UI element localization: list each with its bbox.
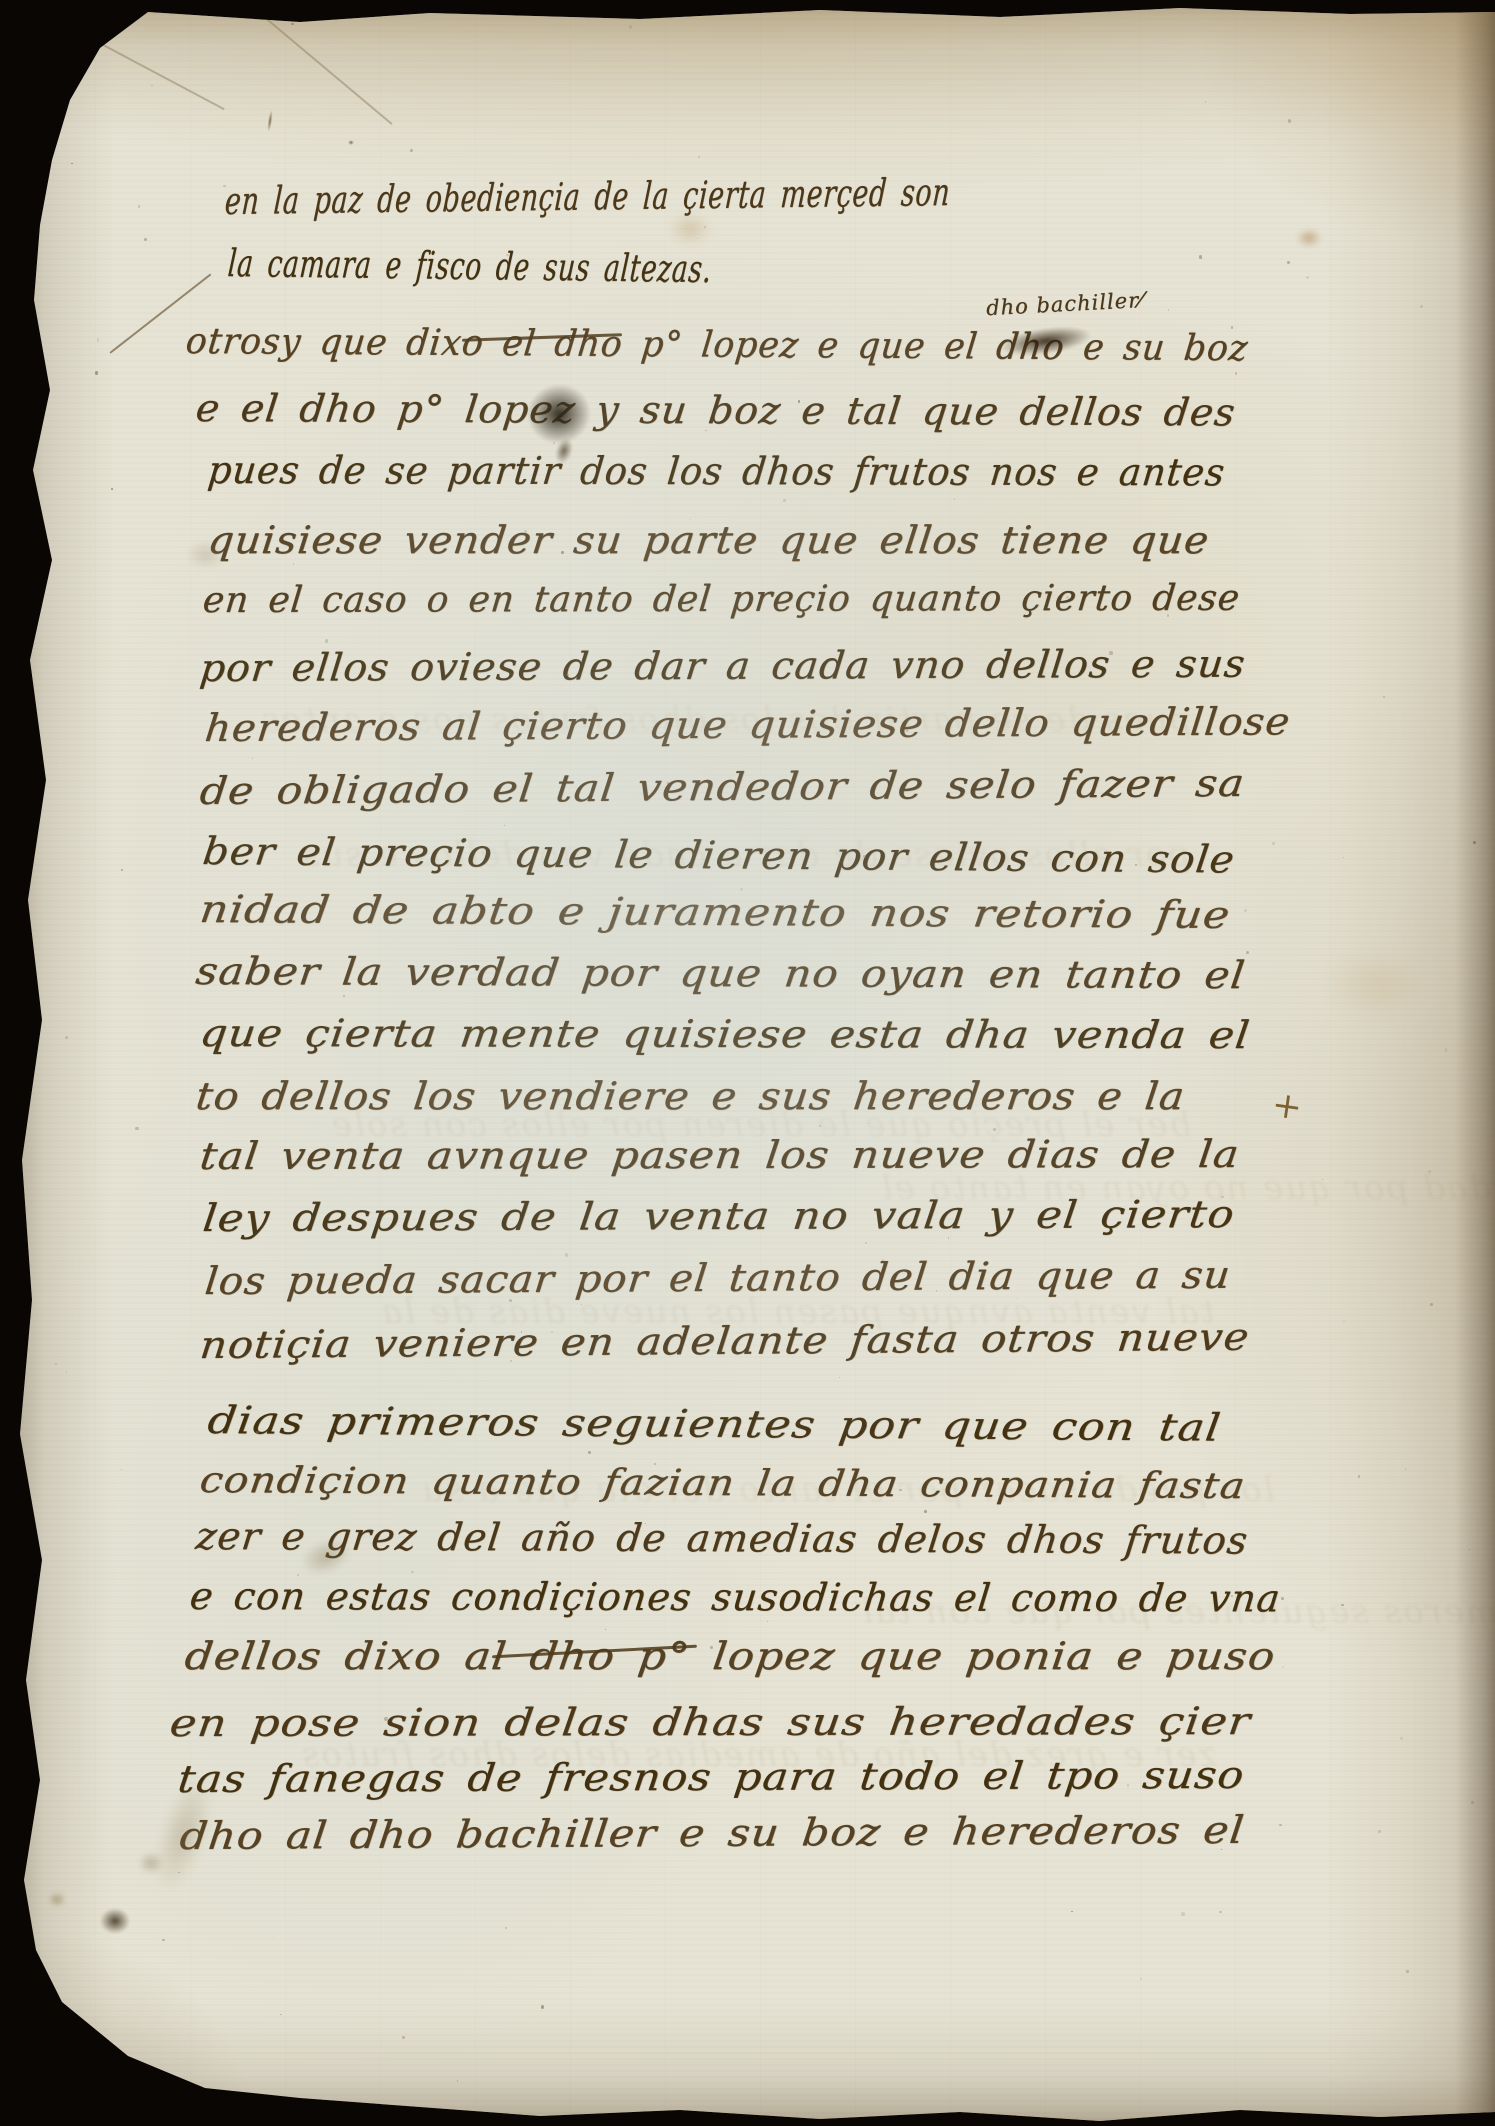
manuscript-line-12: nidad de abto e juramento nos retorio fu… [197,889,1233,937]
manuscript-line-4: e el dho p° lopez y su boz e tal que del… [194,388,1238,434]
speck [71,163,73,165]
speck [97,338,100,341]
speck [629,25,632,28]
page-edge-shading [0,0,1495,2126]
speck [162,1939,165,1942]
left-edge-spot [48,1892,66,1907]
speck [1430,401,1431,402]
manuscript-line-24: dellos dixo al dho p° lopez que ponia e … [182,1636,1277,1678]
manuscript-line-15: to dellos los vendiere e sus herederos e… [194,1076,1188,1118]
speck [767,1621,768,1622]
speck [121,1469,122,1471]
manuscript-line-21: condiçion quanto fazian la dha conpania … [198,1461,1248,1507]
speck [111,488,113,490]
speck [1244,909,1247,911]
speck [1071,1911,1072,1912]
speck [1287,261,1290,264]
speck [1168,309,1170,311]
speck [1445,1048,1448,1051]
speck [1219,1911,1222,1913]
manuscript-line-27: dho al dho bachiller e su boz e heredero… [178,1810,1247,1858]
bottom-left-ink-spot [100,1908,130,1934]
speck [1282,1666,1284,1669]
speck [1281,1597,1284,1599]
speck [1400,1737,1403,1739]
speck [954,498,956,500]
manuscript-line-17: ley despues de la venta no vala y el çie… [201,1194,1237,1240]
speck [1341,1604,1344,1607]
speck [410,149,413,152]
speck [252,758,253,759]
speck [457,2080,459,2082]
speck [135,1127,138,1129]
scan-backdrop: { "page": { "backdrop_color": "#090603",… [0,0,1495,2126]
speck [581,1304,582,1305]
speck [504,825,505,826]
speck [1306,276,1309,279]
speck [291,23,294,25]
speck [819,1125,821,1126]
manuscript-line-25: en pose sion delas dhas sus heredades çi… [167,1701,1253,1745]
speck [1471,1801,1474,1804]
speck [280,2014,282,2016]
speck [704,226,706,229]
speck [1205,101,1206,103]
speck [533,108,534,109]
margin-cross-mark: + [1269,1084,1305,1129]
speck [1343,857,1345,859]
speck [1279,1824,1282,1826]
speck [1378,1830,1381,1833]
speck [1140,1978,1143,1980]
corner-crease [92,38,225,110]
speck [553,442,555,445]
speck [1343,1321,1345,1322]
speck [1199,255,1202,259]
manuscript-line-23: e con estas condiçiones susodichas el co… [188,1576,1283,1620]
speck [402,2036,405,2038]
speck [55,1363,57,1365]
manuscript-line-16: tal venta avnque pasen los nueve dias de… [198,1134,1242,1178]
speck [1181,1912,1184,1916]
manuscript-line-22: zer e grez del año de amedias delos dhos… [194,1516,1251,1562]
speck [541,2005,544,2009]
speck [1428,1170,1431,1172]
top-right-spot [1296,228,1322,248]
speck [144,238,147,240]
speck [1469,1549,1470,1550]
speck [697,238,699,240]
speck [1272,842,1275,845]
speck [698,156,700,157]
manuscript-line-2: la camara e fisco de sus altezas. [226,243,713,291]
speck [924,1510,927,1513]
top-tick-mark [266,110,273,132]
speck [273,1937,274,1938]
speck [1473,841,1475,844]
speck [1406,1970,1409,1972]
manuscript-line-14: que çierta mente quisiese esta dha venda… [197,1013,1252,1057]
speck [95,371,98,374]
bottom-smudge-small [138,1852,164,1874]
corner-crease [262,14,393,124]
manuscript-line-11: ber el preçio que le dieren por ellos co… [200,831,1237,881]
speck [81,67,82,68]
manuscript-line-3: otrosy que dixo el dho p° lopez e que el… [184,322,1250,369]
manuscript-line-19: notiçia veniere en adelante fasta otros … [198,1317,1252,1367]
manuscript-line-5: pues de se partir dos los dhos frutos no… [206,450,1227,494]
speck [1358,1475,1360,1477]
speck [138,205,141,208]
speck [325,639,328,643]
manuscript-line-9: herederos al çierto que quisiese dello q… [203,701,1293,750]
manuscript-line-18: los pueda sacar por el tanto del dia que… [203,1255,1233,1303]
speck [1405,1468,1407,1470]
speck [66,1371,68,1373]
speck [1383,696,1385,698]
speck [343,995,345,997]
manuscript-line-10: de obligado el tal vendedor de selo faze… [198,763,1247,813]
manuscript-line-20: dias primeros seguientes por que con tal [205,1400,1223,1449]
speck [65,1036,68,1039]
manuscript-line-26: tas fanegas de fresnos para todo el tpo … [176,1755,1247,1801]
manuscript-page: pues de se partir dos los dhos frutos no… [0,0,1495,2126]
top-dot [348,140,354,145]
speck [993,1128,996,1131]
speck [865,1242,867,1244]
manuscript-line-8: por ellos oviese de dar a cada vno dello… [198,644,1248,690]
speck [121,869,123,871]
speck [605,1629,606,1630]
manuscript-line-1: en la paz de obediençia de la çierta mer… [224,172,952,223]
right-mid-warm-patch [1320,950,1430,1020]
speck [1235,372,1238,375]
speck [1322,1179,1323,1180]
speck [1288,119,1291,123]
speck [505,1927,507,1930]
manuscript-line-13: saber la verdad por que no oyan en tanto… [193,951,1247,997]
speck [293,563,294,565]
speck [151,84,154,87]
speck [588,1451,591,1454]
speck [839,1377,840,1378]
speck [1017,1298,1018,1299]
speck [1420,305,1423,308]
speck [411,1571,414,1574]
speck [948,1237,949,1238]
speck [783,499,785,501]
speck [178,1872,179,1873]
manuscript-line-6: quisiese vender su parte que ellos tiene… [206,520,1212,562]
speck [1430,1303,1433,1306]
manuscript-line-7: en el caso o en tanto del preçio quanto … [201,579,1242,621]
interlinear-insertion-note: dho bachiller⁄ [985,288,1144,320]
